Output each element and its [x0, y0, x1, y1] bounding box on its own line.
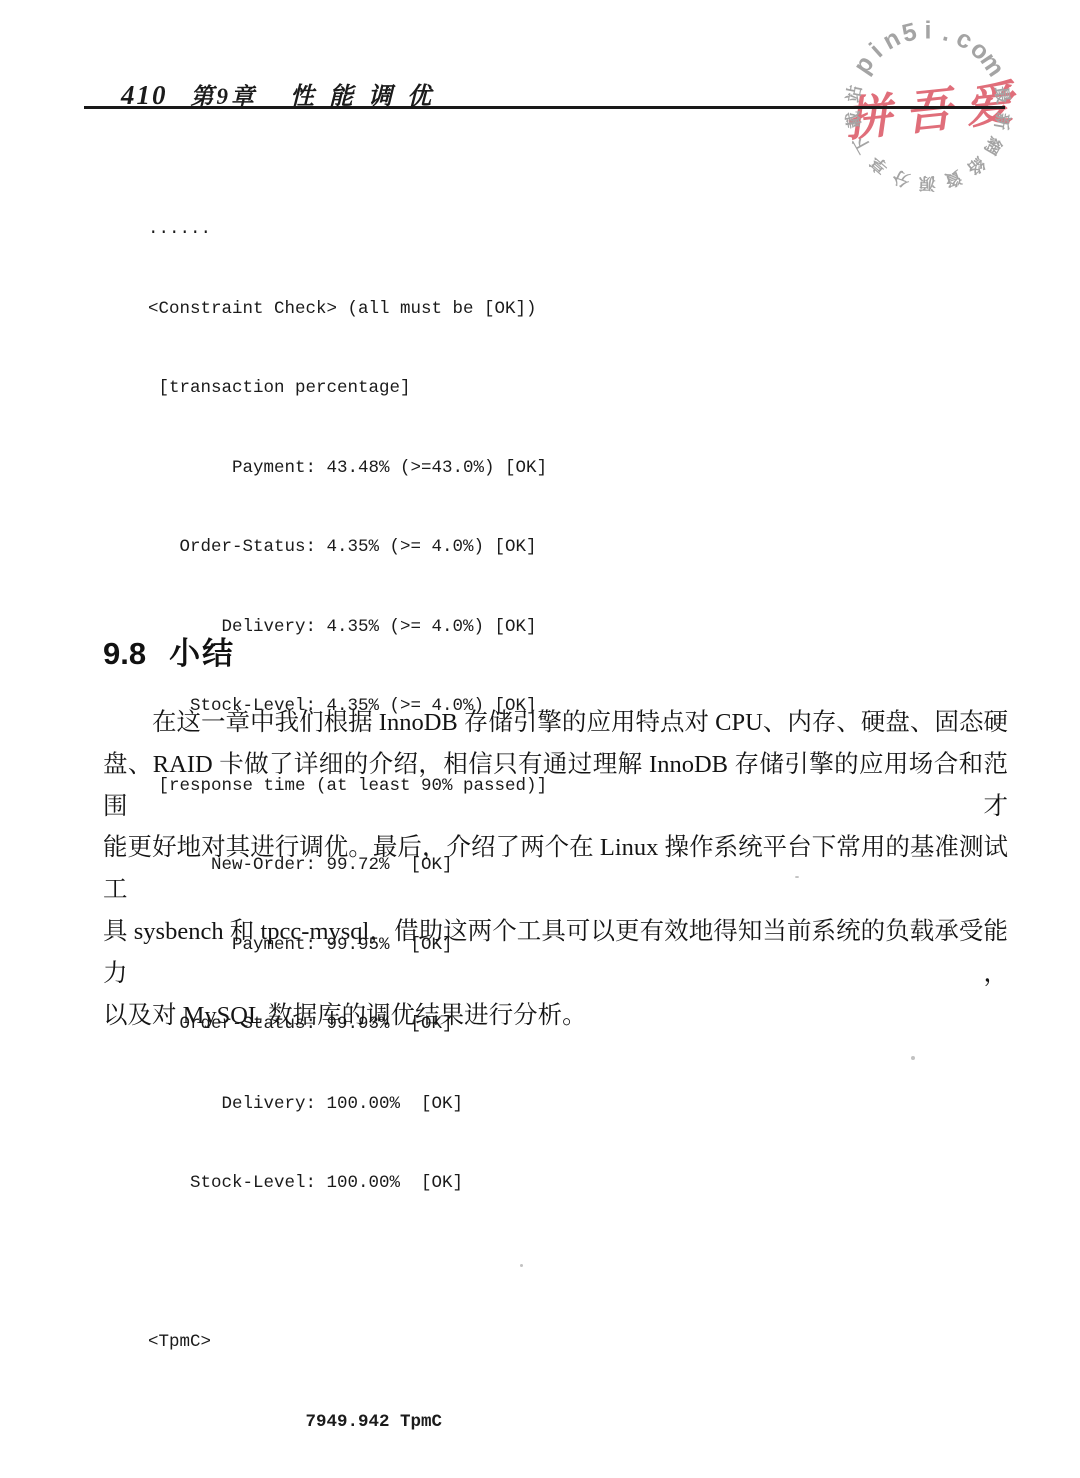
- code-line: Payment: 43.48% (>=43.0%) [OK]: [148, 455, 547, 482]
- paragraph-line: 在这一章中我们根据 InnoDB 存储引擎的应用特点对 CPU、内存、硬盘、固态…: [103, 702, 1008, 744]
- watermark-ring-char: 絡: [963, 152, 992, 182]
- section-heading: 9.8 小结: [103, 628, 235, 673]
- summary-paragraph: 在这一章中我们根据 InnoDB 存储引擎的应用特点对 CPU、内存、硬盘、固态…: [103, 702, 1008, 1036]
- section-title: 小结: [169, 628, 235, 673]
- watermark-arc-char: .: [940, 18, 954, 48]
- paragraph-line: 以及对 MySQL 数据库的调优结果进行分析。: [103, 995, 1008, 1037]
- code-line: Order-Status: 4.35% (>= 4.0%) [OK]: [148, 534, 547, 561]
- section-number: 9.8: [103, 636, 146, 672]
- code-line: ......: [148, 216, 547, 243]
- paragraph-line: 能更好地对其进行调优。最后，介绍了两个在 Linux 操作系统平台下常用的基准测…: [103, 827, 1008, 911]
- header-rule: [84, 106, 1005, 109]
- watermark-ring-char: 資: [942, 166, 966, 195]
- tpmc-result-line: 7949.942 TpmC: [148, 1409, 547, 1436]
- paragraph-line: 具 sysbench 和 tpcc-mysql，借助这两个工具可以更有效地得知当…: [103, 911, 1008, 995]
- code-line: Delivery: 100.00% [OK]: [148, 1091, 547, 1118]
- watermark-ring-char: 享: [863, 151, 892, 181]
- code-line: [transaction percentage]: [148, 375, 547, 402]
- scan-speck: [911, 1056, 915, 1060]
- code-line: Stock-Level: 100.00% [OK]: [148, 1170, 547, 1197]
- code-line: <TpmC>: [148, 1329, 547, 1356]
- paragraph-line: 盘、RAID 卡做了详细的介绍，相信只有通过理解 InnoDB 存储引擎的应用场…: [103, 744, 1008, 828]
- watermark-arc-char: i: [925, 17, 932, 46]
- watermark-ring-char: 網: [979, 133, 1009, 160]
- watermark-ring-char: 分: [889, 165, 914, 194]
- code-line: [148, 1250, 547, 1277]
- code-line: <Constraint Check> (all must be [OK]): [148, 296, 547, 323]
- watermark-ring-char: 源: [919, 172, 936, 197]
